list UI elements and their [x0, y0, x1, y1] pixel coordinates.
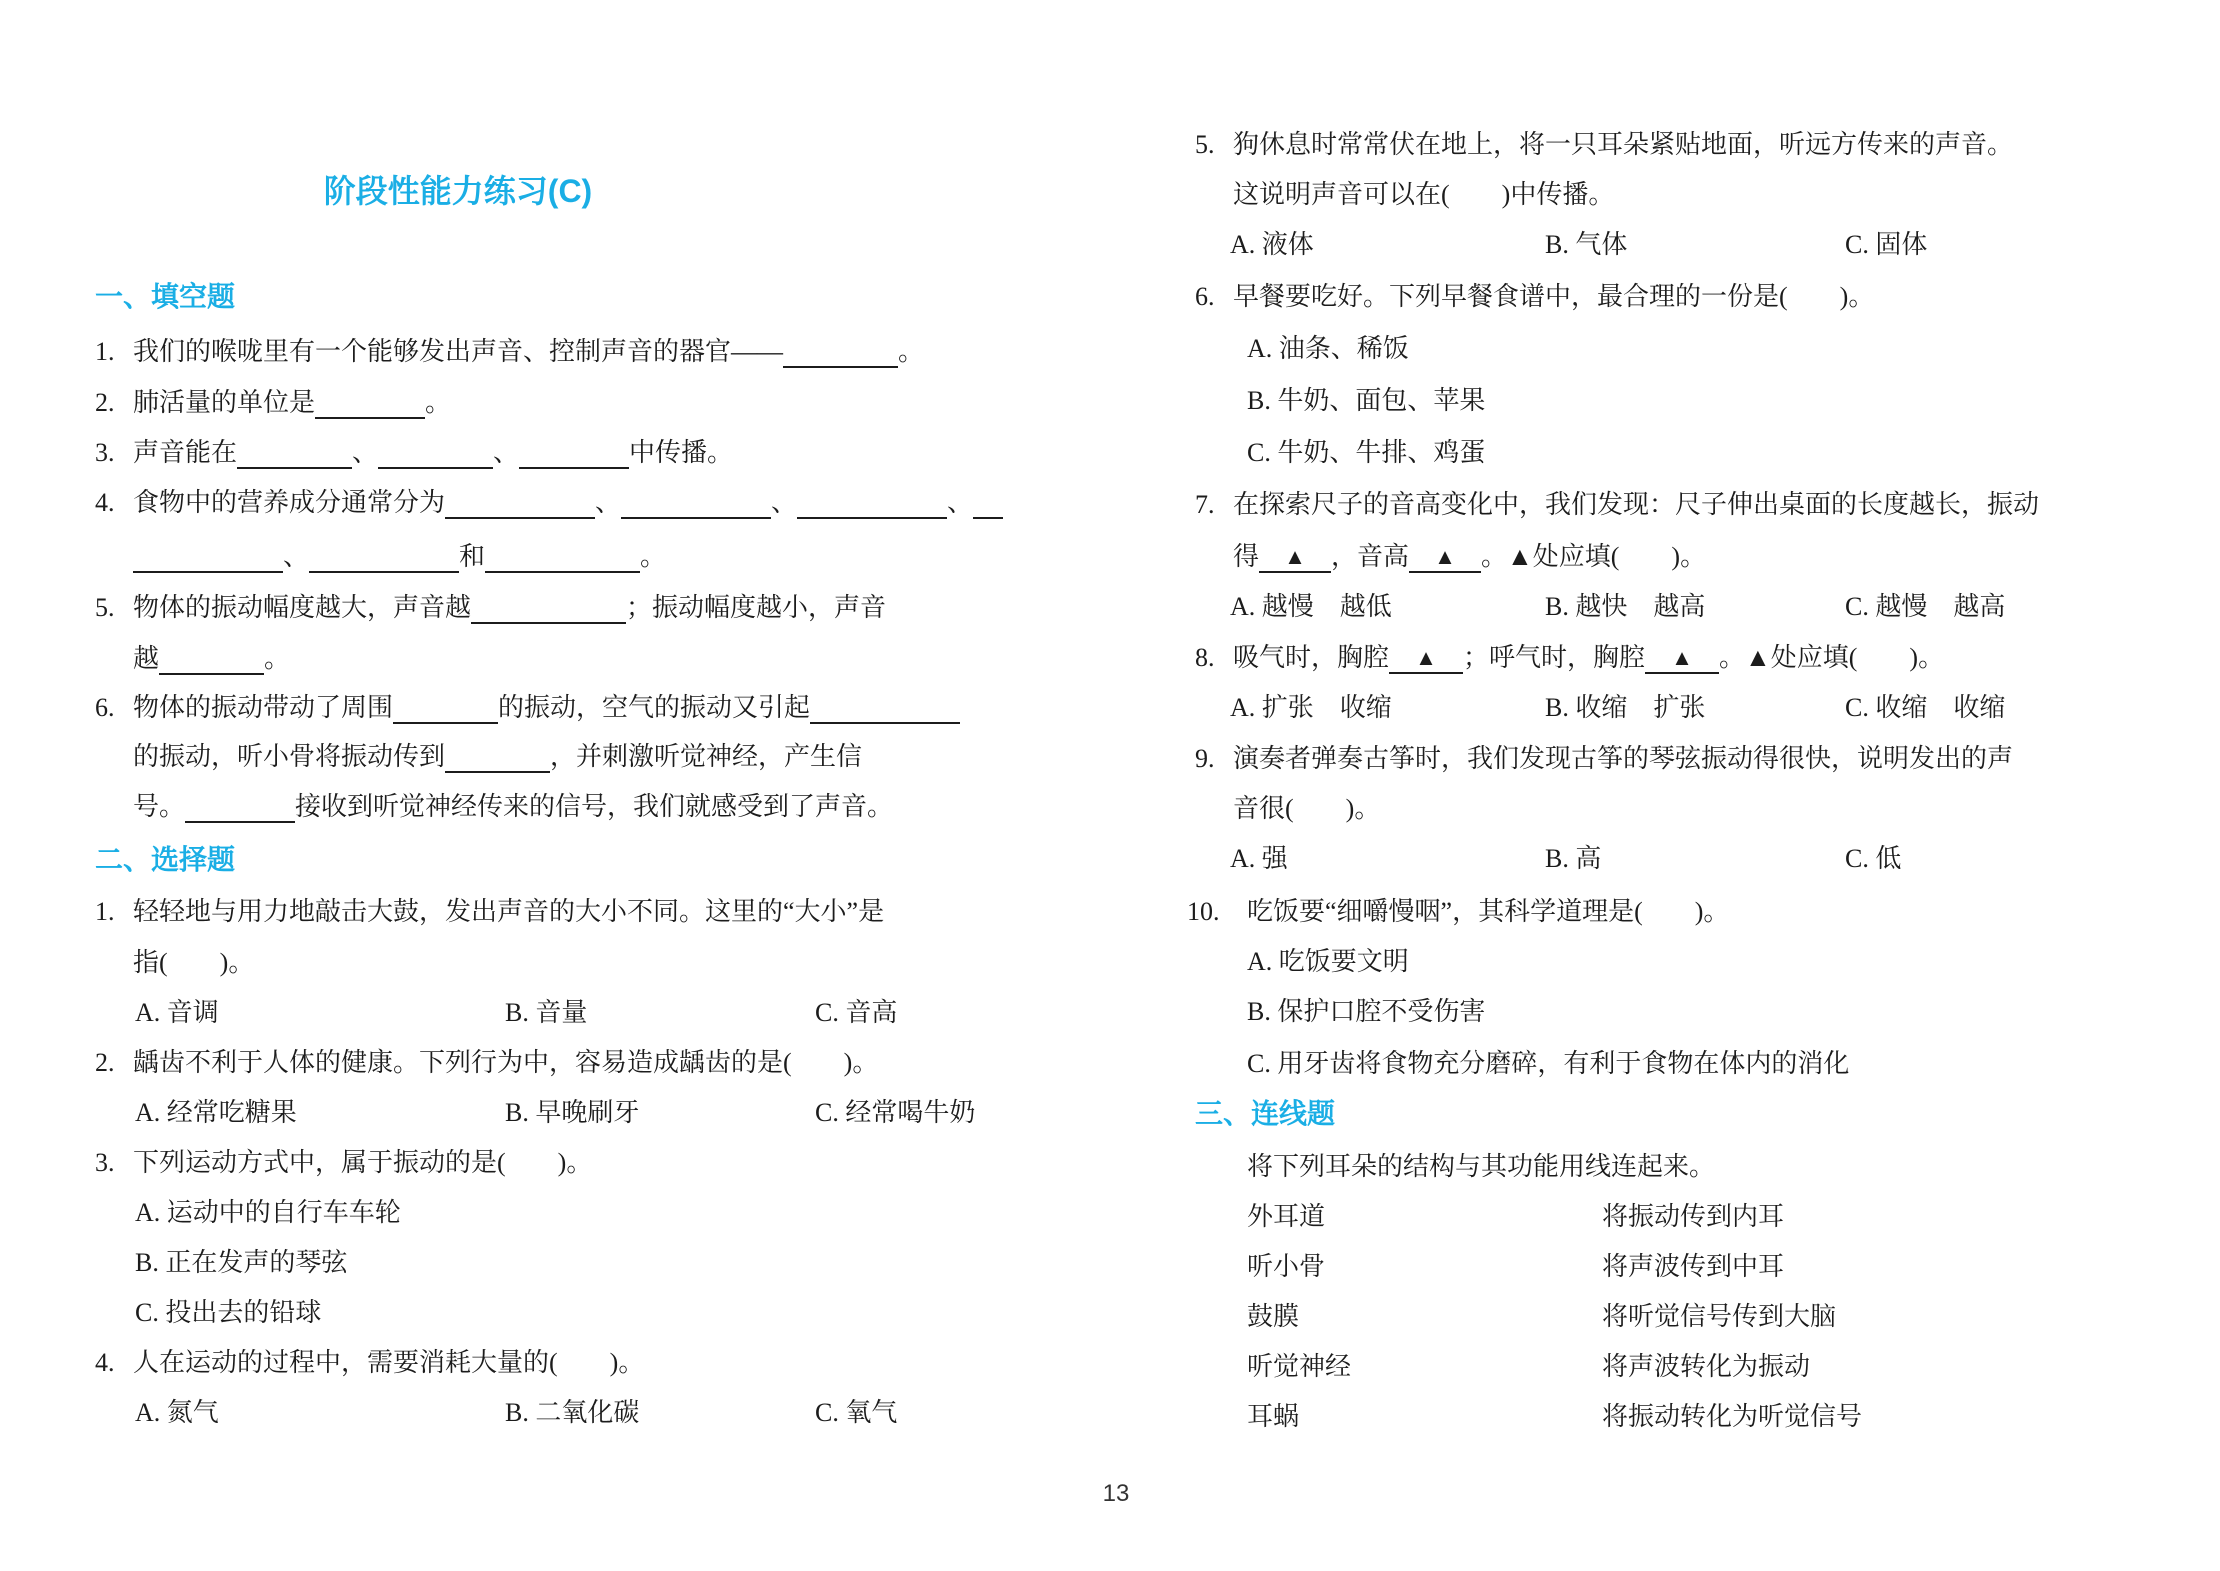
- blank-underline: [378, 431, 493, 469]
- question-number: 6.: [95, 683, 115, 733]
- line-content: 人在运动的过程中，需要消耗大量的( )。: [133, 1338, 644, 1388]
- line-content: C. 投出去的铅球: [135, 1288, 321, 1338]
- option-a: A. 液体: [1230, 220, 1314, 270]
- line-content: 号。接收到听觉神经传来的信号，我们就感受到了声音。: [133, 782, 893, 832]
- option-a: A. 越慢 越低: [1230, 582, 1392, 632]
- line-content: 的振动，听小骨将振动传到，并刺激听觉神经，产生信: [133, 732, 862, 782]
- question-number: 2.: [95, 1038, 115, 1088]
- line-content: 食物中的营养成分通常分为、、、: [133, 478, 1003, 528]
- option-a: A. 经常吃糖果: [135, 1088, 297, 1138]
- section-2-heading: 二、选择题: [95, 835, 1035, 885]
- ear-structure: 听小骨: [1247, 1242, 1325, 1292]
- choice-q6-option-b: B. 牛奶、面包、苹果: [1195, 376, 2125, 426]
- triangle-blank: ▲: [1389, 636, 1463, 674]
- line-content: 在探索尺子的音高变化中，我们发现：尺子伸出桌面的长度越长，振动: [1233, 480, 2039, 530]
- question-number: 3.: [95, 1138, 115, 1188]
- option-c: C. 音高: [815, 988, 897, 1038]
- page-number: 13: [1086, 1480, 1146, 1508]
- fill-q5-line2: 越。: [95, 634, 1035, 684]
- choice-q8-options: A. 扩张 收缩B. 收缩 扩张C. 收缩 收缩: [1195, 683, 2125, 733]
- choice-q7-options: A. 越慢 越低B. 越快 越高C. 越慢 越高: [1195, 582, 2125, 632]
- choice-q7-line2: 得▲，音高▲。▲处应填( )。: [1195, 532, 2125, 582]
- question-number: 5.: [1195, 120, 1215, 170]
- matching-row-5: 耳蜗将振动转化为听觉信号: [1195, 1392, 2125, 1442]
- option-b: B. 早晚刷牙: [505, 1088, 639, 1138]
- line-content: 下列运动方式中，属于振动的是( )。: [133, 1138, 592, 1188]
- line-content: C. 牛奶、牛排、鸡蛋: [1247, 428, 1485, 478]
- fill-q4-line1: 4.食物中的营养成分通常分为、、、: [95, 478, 1035, 528]
- blank-underline: [445, 481, 595, 519]
- option-b: B. 音量: [505, 988, 587, 1038]
- option-a: A. 音调: [135, 988, 219, 1038]
- right-column: 5.狗休息时常常伏在地上，将一只耳朵紧贴地面，听远方传来的声音。这说明声音可以在…: [1195, 0, 2125, 1571]
- blank-underline: [159, 637, 264, 675]
- blank-underline: [783, 330, 898, 368]
- fill-q6-line2: 的振动，听小骨将振动传到，并刺激听觉神经，产生信: [95, 732, 1035, 782]
- question-number: 7.: [1195, 480, 1215, 530]
- blank-underline: [309, 535, 459, 573]
- option-b: B. 二氧化碳: [505, 1388, 639, 1438]
- choice-q3-option-b: B. 正在发声的琴弦: [95, 1238, 1035, 1288]
- ear-function: 将听觉信号传到大脑: [1602, 1292, 1836, 1342]
- matching-row-4: 听觉神经将声波转化为振动: [1195, 1342, 2125, 1392]
- line-content: A. 吃饭要文明: [1247, 937, 1409, 987]
- option-b: B. 气体: [1545, 220, 1627, 270]
- fill-q3: 3.声音能在、、中传播。: [95, 428, 1035, 478]
- question-number: 2.: [95, 378, 115, 428]
- ear-function: 将声波传到中耳: [1602, 1242, 1784, 1292]
- line-content: 越。: [133, 634, 290, 684]
- option-b: B. 高: [1545, 834, 1601, 884]
- fill-q4-line2: 、和。: [95, 532, 1035, 582]
- line-content: 二、选择题: [95, 835, 235, 885]
- line-content: 吸气时，胸腔▲；呼气时，胸腔▲。▲处应填( )。: [1233, 633, 1944, 683]
- option-c: C. 低: [1845, 834, 1901, 884]
- option-c: C. 越慢 越高: [1845, 582, 2005, 632]
- blank-underline: [445, 735, 550, 773]
- fill-q6-line1: 6.物体的振动带动了周围的振动，空气的振动又引起: [95, 683, 1035, 733]
- question-number: 10.: [1187, 887, 1220, 937]
- blank-underline: [973, 481, 1003, 519]
- choice-q5-options: A. 液体B. 气体C. 固体: [1195, 220, 2125, 270]
- ear-structure: 听觉神经: [1247, 1342, 1351, 1392]
- matching-row-2: 听小骨将声波传到中耳: [1195, 1242, 2125, 1292]
- question-number: 1.: [95, 887, 115, 937]
- triangle-blank: ▲: [1259, 535, 1331, 573]
- blank-underline: [315, 381, 425, 419]
- choice-q5-line1: 5.狗休息时常常伏在地上，将一只耳朵紧贴地面，听远方传来的声音。: [1195, 120, 2125, 170]
- left-column: 阶段性能力练习(C)一、填空题1.我们的喉咙里有一个能够发出声音、控制声音的器官…: [95, 0, 1035, 1571]
- line-content: B. 保护口腔不受伤害: [1247, 987, 1485, 1037]
- ear-function: 将振动转化为听觉信号: [1602, 1392, 1862, 1442]
- choice-q8-stem: 8.吸气时，胸腔▲；呼气时，胸腔▲。▲处应填( )。: [1195, 633, 2125, 683]
- line-content: 物体的振动带动了周围的振动，空气的振动又引起: [133, 683, 960, 733]
- blank-underline: [185, 785, 295, 823]
- question-number: 8.: [1195, 633, 1215, 683]
- line-content: 指( )。: [133, 938, 254, 988]
- choice-q2-options: A. 经常吃糖果B. 早晚刷牙C. 经常喝牛奶: [95, 1088, 1035, 1138]
- choice-q3-option-a: A. 运动中的自行车车轮: [95, 1188, 1035, 1238]
- section-3-heading: 三、连线题: [1195, 1089, 2125, 1139]
- question-number: 5.: [95, 583, 115, 633]
- worksheet-title: 阶段性能力练习(C): [95, 166, 1035, 216]
- choice-q7-line1: 7.在探索尺子的音高变化中，我们发现：尺子伸出桌面的长度越长，振动: [1195, 480, 2125, 530]
- blank-underline: [797, 481, 947, 519]
- option-c: C. 氧气: [815, 1388, 897, 1438]
- fill-q2: 2.肺活量的单位是。: [95, 378, 1035, 428]
- line-content: 音很( )。: [1233, 784, 1380, 834]
- line-content: C. 用牙齿将食物充分磨碎，有利于食物在体内的消化: [1247, 1039, 1849, 1089]
- line-content: 物体的振动幅度越大，声音越；振动幅度越小，声音: [133, 583, 886, 633]
- line-content: 龋齿不利于人体的健康。下列行为中，容易造成龋齿的是( )。: [133, 1038, 878, 1088]
- choice-q10-option-b: B. 保护口腔不受伤害: [1195, 987, 2125, 1037]
- matching-row-3: 鼓膜将听觉信号传到大脑: [1195, 1292, 2125, 1342]
- line-content: 演奏者弹奏古筝时，我们发现古筝的琴弦振动得很快，说明发出的声: [1233, 734, 2013, 784]
- choice-q9-options: A. 强B. 高C. 低: [1195, 834, 2125, 884]
- ear-function: 将振动传到内耳: [1602, 1192, 1784, 1242]
- choice-q9-line2: 音很( )。: [1195, 784, 2125, 834]
- choice-q4-options: A. 氮气B. 二氧化碳C. 氧气: [95, 1388, 1035, 1438]
- option-a: A. 氮气: [135, 1388, 219, 1438]
- question-number: 4.: [95, 1338, 115, 1388]
- option-b: B. 越快 越高: [1545, 582, 1705, 632]
- option-c: C. 收缩 收缩: [1845, 683, 2005, 733]
- line-content: 得▲，音高▲。▲处应填( )。: [1233, 532, 1706, 582]
- matching-row-1: 外耳道将振动传到内耳: [1195, 1192, 2125, 1242]
- fill-q1: 1.我们的喉咙里有一个能够发出声音、控制声音的器官——。: [95, 327, 1035, 377]
- title-text: 阶段性能力练习(C): [324, 166, 592, 216]
- blank-underline: [393, 686, 498, 724]
- question-number: 6.: [1195, 272, 1215, 322]
- blank-underline: [471, 586, 626, 624]
- line-content: 早餐要吃好。下列早餐食谱中，最合理的一份是( )。: [1233, 272, 1874, 322]
- question-number: 9.: [1195, 734, 1215, 784]
- fill-q6-line3: 号。接收到听觉神经传来的信号，我们就感受到了声音。: [95, 782, 1035, 832]
- section-1-heading: 一、填空题: [95, 272, 1035, 322]
- line-content: 一、填空题: [95, 272, 235, 322]
- ear-structure: 耳蜗: [1247, 1392, 1299, 1442]
- triangle-blank: ▲: [1645, 636, 1719, 674]
- option-a: A. 强: [1230, 834, 1288, 884]
- fill-q5-line1: 5.物体的振动幅度越大，声音越；振动幅度越小，声音: [95, 583, 1035, 633]
- worksheet-page: 13 阶段性能力练习(C)一、填空题1.我们的喉咙里有一个能够发出声音、控制声音…: [0, 0, 2220, 1571]
- line-content: B. 正在发声的琴弦: [135, 1238, 347, 1288]
- line-content: 声音能在、、中传播。: [133, 428, 733, 478]
- line-content: 吃饭要“细嚼慢咽”，其科学道理是( )。: [1247, 887, 1729, 937]
- choice-q10-option-c: C. 用牙齿将食物充分磨碎，有利于食物在体内的消化: [1195, 1039, 2125, 1089]
- blank-underline: [519, 431, 629, 469]
- question-number: 4.: [95, 478, 115, 528]
- choice-q6-option-a: A. 油条、稀饭: [1195, 324, 2125, 374]
- triangle-blank: ▲: [1409, 535, 1481, 573]
- choice-q5-line2: 这说明声音可以在( )中传播。: [1195, 170, 2125, 220]
- line-content: A. 运动中的自行车车轮: [135, 1188, 401, 1238]
- choice-q6-option-c: C. 牛奶、牛排、鸡蛋: [1195, 428, 2125, 478]
- choice-q10-stem: 10.吃饭要“细嚼慢咽”，其科学道理是( )。: [1195, 887, 2125, 937]
- blank-underline: [810, 686, 960, 724]
- line-content: B. 牛奶、面包、苹果: [1247, 376, 1485, 426]
- ear-function: 将声波转化为振动: [1602, 1342, 1810, 1392]
- choice-q1-line1: 1.轻轻地与用力地敲击大鼓，发出声音的大小不同。这里的“大小”是: [95, 887, 1035, 937]
- choice-q2-stem: 2.龋齿不利于人体的健康。下列行为中，容易造成龋齿的是( )。: [95, 1038, 1035, 1088]
- choice-q10-option-a: A. 吃饭要文明: [1195, 937, 2125, 987]
- option-c: C. 固体: [1845, 220, 1927, 270]
- line-content: 、和。: [133, 532, 666, 582]
- choice-q3-stem: 3.下列运动方式中，属于振动的是( )。: [95, 1138, 1035, 1188]
- blank-underline: [133, 535, 283, 573]
- line-content: A. 油条、稀饭: [1247, 324, 1409, 374]
- line-content: 将下列耳朵的结构与其功能用线连起来。: [1247, 1142, 1715, 1192]
- choice-q6-stem: 6.早餐要吃好。下列早餐食谱中，最合理的一份是( )。: [1195, 272, 2125, 322]
- line-content: 狗休息时常常伏在地上，将一只耳朵紧贴地面，听远方传来的声音。: [1233, 120, 2013, 170]
- line-content: 轻轻地与用力地敲击大鼓，发出声音的大小不同。这里的“大小”是: [133, 887, 884, 937]
- ear-structure: 鼓膜: [1247, 1292, 1299, 1342]
- choice-q1-line2: 指( )。: [95, 938, 1035, 988]
- blank-underline: [485, 535, 640, 573]
- line-content: 肺活量的单位是。: [133, 378, 451, 428]
- choice-q4-stem: 4.人在运动的过程中，需要消耗大量的( )。: [95, 1338, 1035, 1388]
- blank-underline: [621, 481, 771, 519]
- question-number: 1.: [95, 327, 115, 377]
- choice-q9-line1: 9.演奏者弹奏古筝时，我们发现古筝的琴弦振动得很快，说明发出的声: [1195, 734, 2125, 784]
- line-content: 这说明声音可以在( )中传播。: [1233, 170, 1614, 220]
- option-a: A. 扩张 收缩: [1230, 683, 1392, 733]
- choice-q3-option-c: C. 投出去的铅球: [95, 1288, 1035, 1338]
- option-c: C. 经常喝牛奶: [815, 1088, 975, 1138]
- line-content: 三、连线题: [1195, 1089, 1335, 1139]
- blank-underline: [237, 431, 352, 469]
- option-b: B. 收缩 扩张: [1545, 683, 1705, 733]
- matching-intro: 将下列耳朵的结构与其功能用线连起来。: [1195, 1142, 2125, 1192]
- line-content: 我们的喉咙里有一个能够发出声音、控制声音的器官——。: [133, 327, 924, 377]
- ear-structure: 外耳道: [1247, 1192, 1325, 1242]
- choice-q1-options: A. 音调B. 音量C. 音高: [95, 988, 1035, 1038]
- question-number: 3.: [95, 428, 115, 478]
